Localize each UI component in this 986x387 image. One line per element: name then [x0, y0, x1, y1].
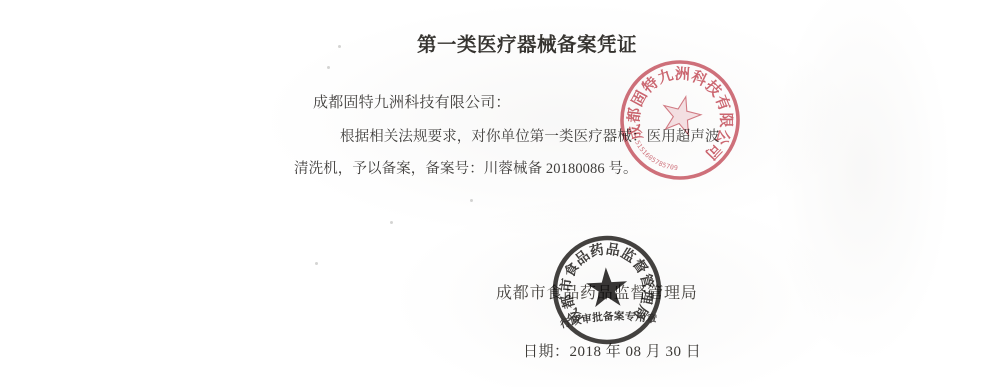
- recipient-line: 成都固特九洲科技有限公司：: [313, 96, 511, 111]
- scan-speck: [315, 262, 318, 265]
- scan-speck: [338, 45, 341, 48]
- star-icon: [659, 92, 705, 136]
- company-seal-serial-number: 5151605785709: [629, 138, 684, 173]
- certificate-page: 第一类医疗器械备案凭证 成都固特九洲科技有限公司： 根据相关法规要求，对你单位第…: [0, 0, 986, 387]
- scan-speck: [327, 66, 330, 69]
- scan-speck: [470, 199, 473, 202]
- svg-text:5151605785709: 5151605785709: [629, 138, 684, 173]
- scan-speck: [390, 221, 393, 224]
- official-seal-stamp: 成都市食品药品监督管理局 行政审批备案专用章: [528, 211, 686, 369]
- certificate-title: 第一类医疗器械备案凭证: [417, 36, 637, 56]
- company-seal-stamp: 成都固特九洲科技有限公司 5151605785709: [589, 29, 771, 211]
- star-icon: [585, 266, 628, 307]
- body-line-2: 清洗机，予以备案，备案号：川蓉械备 20180086 号。: [294, 162, 638, 177]
